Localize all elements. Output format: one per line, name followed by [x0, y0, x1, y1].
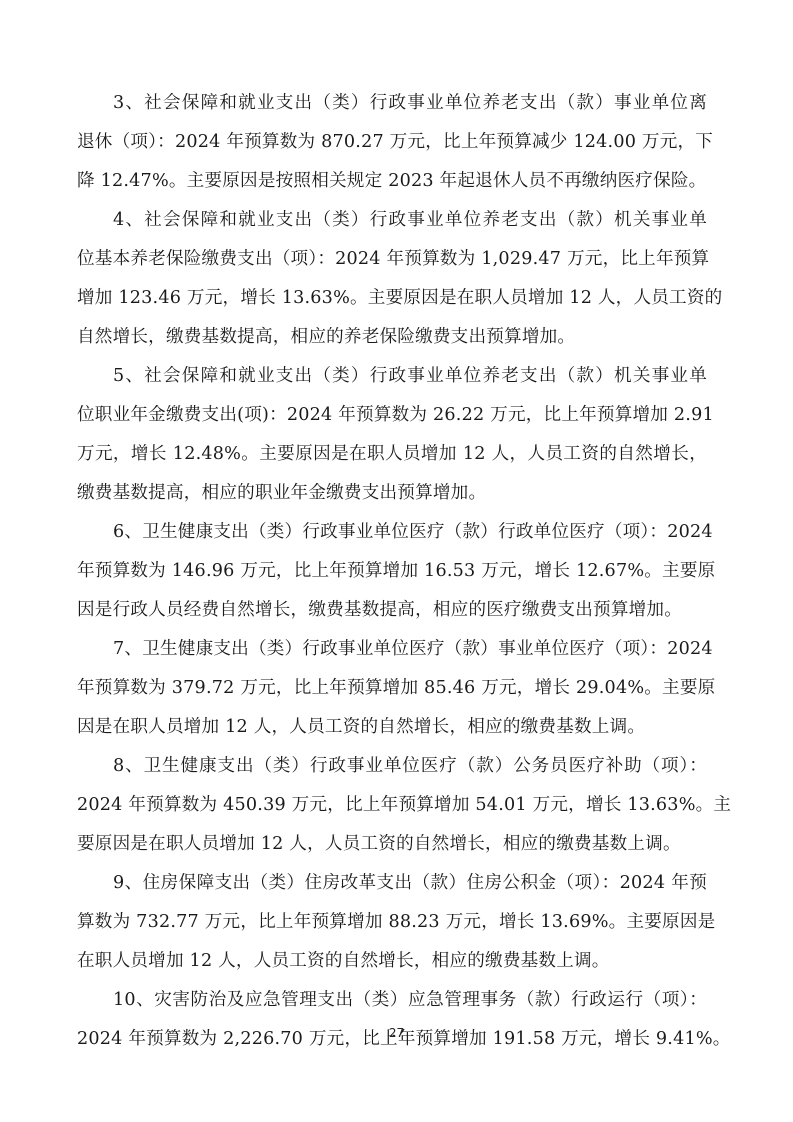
paragraph-line: 5、社会保障和就业支出（类）行政事业单位养老支出（款）机关事业单 [77, 357, 707, 396]
paragraph-line: 自然增长，缴费基数提高，相应的养老保险缴费支出预算增加。 [77, 318, 707, 357]
paragraph-line: 年预算数为 379.72 万元，比上年预算增加 85.46 万元，增长 29.0… [77, 669, 707, 708]
paragraph-item-7: 7、卫生健康支出（类）行政事业单位医疗（款）事业单位医疗（项）：2024 年预算… [77, 630, 707, 747]
paragraph-item-8: 8、卫生健康支出（类）行政事业单位医疗（款）公务员医疗补助（项）： 2024 年… [77, 747, 707, 864]
paragraph-line: 退休（项）：2024 年预算数为 870.27 万元，比上年预算减少 124.0… [77, 123, 707, 162]
paragraph-line: 6、卫生健康支出（类）行政事业单位医疗（款）行政单位医疗（项）：2024 [77, 513, 707, 552]
paragraph-line: 位基本养老保险缴费支出（项）：2024 年预算数为 1,029.47 万元，比上… [77, 240, 707, 279]
paragraph-line: 7、卫生健康支出（类）行政事业单位医疗（款）事业单位医疗（项）：2024 [77, 630, 707, 669]
paragraph-item-10: 10、灾害防治及应急管理支出（类）应急管理事务（款）行政运行（项）： 2024 … [77, 981, 707, 1059]
page-number: 27 [0, 1026, 793, 1040]
paragraph-line: 4、社会保障和就业支出（类）行政事业单位养老支出（款）机关事业单 [77, 201, 707, 240]
paragraph-line: 10、灾害防治及应急管理支出（类）应急管理事务（款）行政运行（项）： [77, 981, 707, 1020]
paragraph-item-4: 4、社会保障和就业支出（类）行政事业单位养老支出（款）机关事业单 位基本养老保险… [77, 201, 707, 357]
paragraph-line: 要原因是在职人员增加 12 人，人员工资的自然增长，相应的缴费基数上调。 [77, 825, 707, 864]
document-page-body: 3、社会保障和就业支出（类）行政事业单位养老支出（款）事业单位离 退休（项）：2… [77, 84, 707, 1059]
paragraph-line: 万元，增长 12.48%。主要原因是在职人员增加 12 人，人员工资的自然增长， [77, 435, 707, 474]
paragraph-line: 缴费基数提高，相应的职业年金缴费支出预算增加。 [77, 474, 707, 513]
paragraph-line: 2024 年预算数为 450.39 万元，比上年预算增加 54.01 万元，增长… [77, 786, 707, 825]
paragraph-line: 位职业年金缴费支出(项)：2024 年预算数为 26.22 万元，比上年预算增加… [77, 396, 707, 435]
paragraph-line: 降 12.47%。主要原因是按照相关规定 2023 年起退休人员不再缴纳医疗保险… [77, 162, 707, 201]
paragraph-item-3: 3、社会保障和就业支出（类）行政事业单位养老支出（款）事业单位离 退休（项）：2… [77, 84, 707, 201]
paragraph-line: 年预算数为 146.96 万元，比上年预算增加 16.53 万元，增长 12.6… [77, 552, 707, 591]
paragraph-line: 因是在职人员增加 12 人，人员工资的自然增长，相应的缴费基数上调。 [77, 708, 707, 747]
paragraph-line: 因是行政人员经费自然增长，缴费基数提高，相应的医疗缴费支出预算增加。 [77, 591, 707, 630]
paragraph-item-5: 5、社会保障和就业支出（类）行政事业单位养老支出（款）机关事业单 位职业年金缴费… [77, 357, 707, 513]
paragraph-line: 3、社会保障和就业支出（类）行政事业单位养老支出（款）事业单位离 [77, 84, 707, 123]
paragraph-line: 增加 123.46 万元，增长 13.63%。主要原因是在职人员增加 12 人，… [77, 279, 707, 318]
paragraph-line: 在职人员增加 12 人，人员工资的自然增长，相应的缴费基数上调。 [77, 942, 707, 981]
paragraph-line: 9、住房保障支出（类）住房改革支出（款）住房公积金（项）：2024 年预 [77, 864, 707, 903]
paragraph-item-6: 6、卫生健康支出（类）行政事业单位医疗（款）行政单位医疗（项）：2024 年预算… [77, 513, 707, 630]
paragraph-line: 算数为 732.77 万元，比上年预算增加 88.23 万元，增长 13.69%… [77, 903, 707, 942]
paragraph-item-9: 9、住房保障支出（类）住房改革支出（款）住房公积金（项）：2024 年预 算数为… [77, 864, 707, 981]
paragraph-line: 8、卫生健康支出（类）行政事业单位医疗（款）公务员医疗补助（项）： [77, 747, 707, 786]
